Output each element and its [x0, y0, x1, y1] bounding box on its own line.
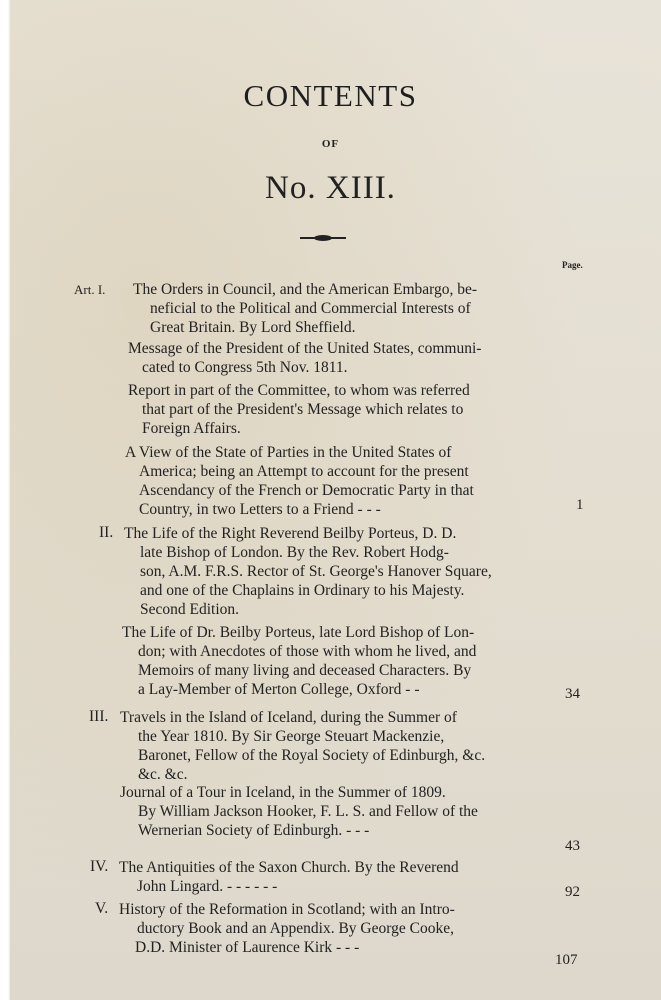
- entry-line: Country, in two Letters to a Friend - - …: [125, 500, 474, 519]
- entry-line: Ascendancy of the French or Democratic P…: [125, 481, 474, 500]
- contents-entry: History of the Reformation in Scotland; …: [119, 900, 455, 957]
- contents-entry: Travels in the Island of Iceland, during…: [120, 708, 485, 784]
- contents-entry: Message of the President of the United S…: [128, 339, 481, 377]
- entry-line: America; being an Attempt to account for…: [125, 462, 474, 481]
- entry-line: The Life of Dr. Beilby Porteus, late Lor…: [122, 623, 476, 642]
- contents-entry: Journal of a Tour in Iceland, in the Sum…: [120, 783, 478, 840]
- entry-line: The Orders in Council, and the American …: [133, 280, 477, 299]
- entry-line: Message of the President of the United S…: [128, 339, 481, 358]
- entry-line: a Lay-Member of Merton College, Oxford -…: [122, 680, 476, 699]
- entry-line: By William Jackson Hooker, F. L. S. and …: [120, 802, 478, 821]
- article-numeral: V.: [95, 900, 108, 918]
- entry-line: History of the Reformation in Scotland; …: [119, 900, 455, 919]
- entry-line: the Year 1810. By Sir George Steuart Mac…: [120, 727, 485, 746]
- page-number: 92: [565, 884, 580, 901]
- ornamental-rule: [300, 237, 346, 239]
- entry-line: Wernerian Society of Edinburgh. - - -: [120, 821, 478, 840]
- entry-line: The Antiquities of the Saxon Church. By …: [119, 858, 459, 877]
- entry-line: The Life of the Right Reverend Beilby Po…: [124, 524, 492, 543]
- page-title: CONTENTS: [0, 78, 661, 114]
- page-number: 34: [565, 686, 580, 703]
- page-number: 1: [576, 497, 584, 514]
- entry-line: that part of the President's Message whi…: [128, 400, 470, 419]
- entry-line: D.D. Minister of Laurence Kirk - - -: [119, 938, 455, 957]
- entry-line: son, A.M. F.R.S. Rector of St. George's …: [124, 562, 492, 581]
- article-numeral: Art. I.: [74, 282, 105, 298]
- title-of: OF: [0, 138, 661, 150]
- entry-line: neficial to the Political and Commercial…: [133, 299, 477, 318]
- entry-line: late Bishop of London. By the Rev. Rober…: [124, 543, 492, 562]
- contents-entry: Report in part of the Committee, to whom…: [128, 381, 470, 438]
- entry-line: Memoirs of many living and deceased Char…: [122, 661, 476, 680]
- issue-number: No. XIII.: [0, 170, 661, 207]
- page-column-label: Page.: [562, 260, 583, 270]
- page-number: 43: [565, 838, 580, 855]
- page-number: 107: [555, 952, 578, 969]
- entry-line: Foreign Affairs.: [128, 419, 470, 438]
- article-numeral: II.: [99, 524, 113, 542]
- contents-entry: A View of the State of Parties in the Un…: [125, 443, 474, 519]
- contents-entry: The Life of Dr. Beilby Porteus, late Lor…: [122, 623, 476, 699]
- contents-entry: The Orders in Council, and the American …: [133, 280, 477, 337]
- entry-line: ductory Book and an Appendix. By George …: [119, 919, 455, 938]
- entry-line: Second Edition.: [124, 600, 492, 619]
- contents-entry: The Antiquities of the Saxon Church. By …: [119, 858, 459, 896]
- entry-line: Baronet, Fellow of the Royal Society of …: [120, 746, 485, 765]
- entry-line: John Lingard. - - - - - -: [119, 877, 459, 896]
- entry-line: Great Britain. By Lord Sheffield.: [133, 318, 477, 337]
- entry-line: &c. &c.: [120, 765, 485, 784]
- entry-line: Travels in the Island of Iceland, during…: [120, 708, 485, 727]
- article-numeral: IV.: [90, 858, 108, 876]
- entry-line: cated to Congress 5th Nov. 1811.: [128, 358, 481, 377]
- entry-line: don; with Anecdotes of those with whom h…: [122, 642, 476, 661]
- entry-line: and one of the Chaplains in Ordinary to …: [124, 581, 492, 600]
- article-numeral: III.: [89, 708, 108, 726]
- contents-entry: The Life of the Right Reverend Beilby Po…: [124, 524, 492, 619]
- entry-line: Report in part of the Committee, to whom…: [128, 381, 470, 400]
- entry-line: Journal of a Tour in Iceland, in the Sum…: [120, 783, 478, 802]
- entry-line: A View of the State of Parties in the Un…: [125, 443, 474, 462]
